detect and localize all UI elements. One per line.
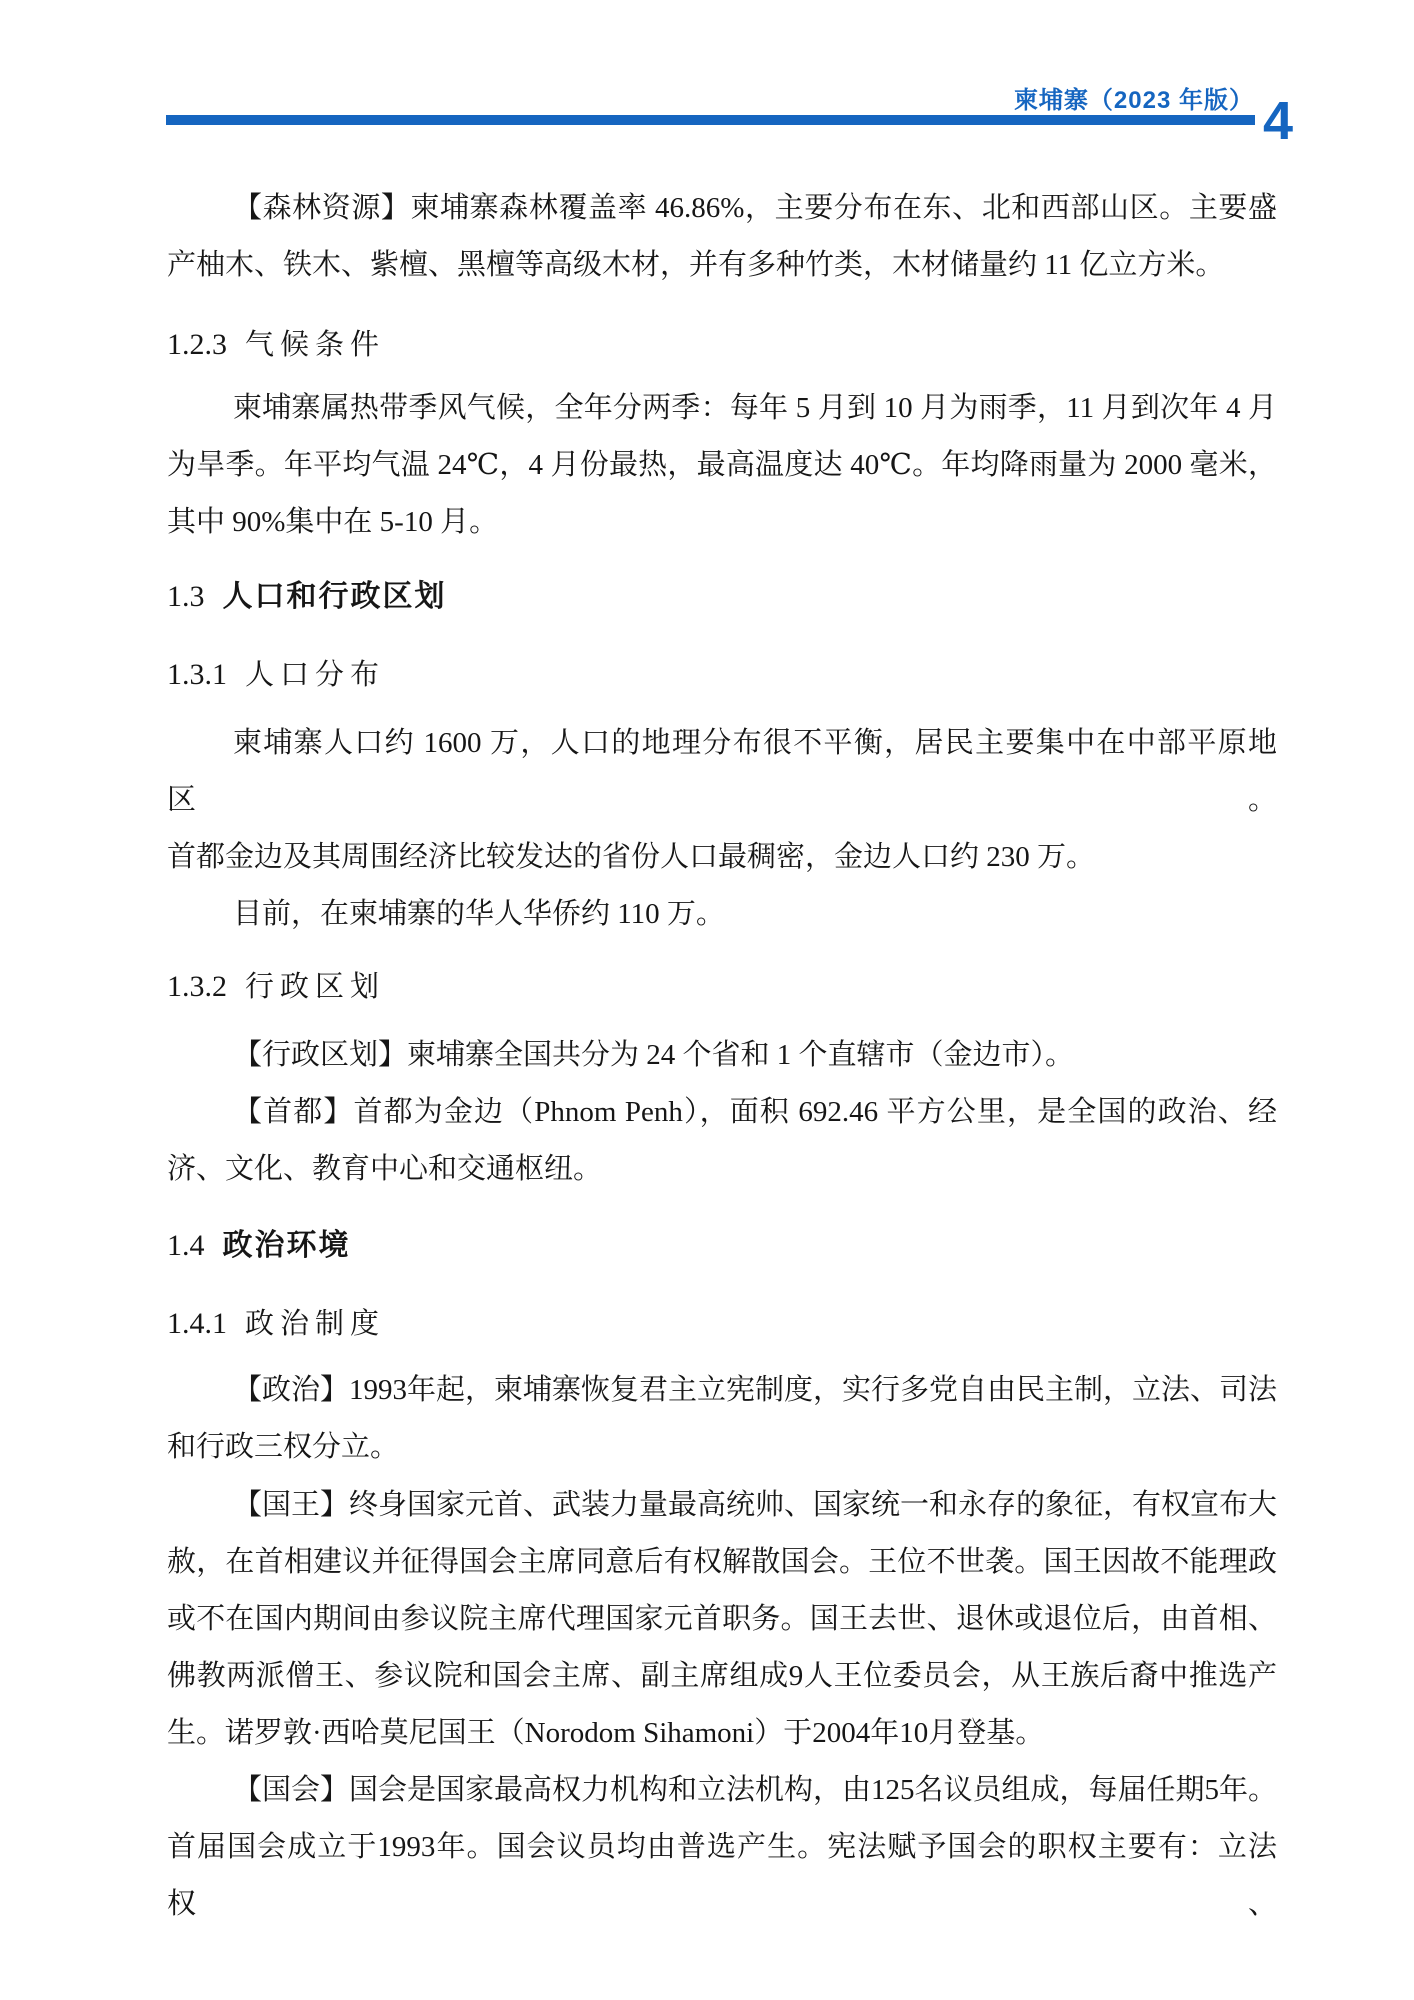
- paragraph-politics: 【政治】1993年起，柬埔寨恢复君主立宪制度，实行多党自由民主制，立法、司法 和…: [167, 1362, 1277, 1476]
- paragraph-overseas-chinese: 目前，在柬埔寨的华人华侨约 110 万。: [167, 886, 1277, 943]
- heading-text: 气候条件: [245, 329, 385, 361]
- heading-text: 政治制度: [245, 1308, 385, 1340]
- heading-text: 人口分布: [245, 659, 385, 691]
- text-line: 【首都】首都为金边（Phnom Penh），面积 692.46 平方公里，是全国…: [167, 1084, 1277, 1141]
- heading-text: 行政区划: [245, 971, 385, 1003]
- text-line: 或不在国内期间由参议院主席代理国家元首职务。国王去世、退休或退位后，由首相、: [167, 1591, 1277, 1648]
- section-heading-population-admin: 1.3人口和行政区划: [167, 568, 1277, 625]
- paragraph-national-assembly: 【国会】国会是国家最高权力机构和立法机构，由125名议员组成，每届任期5年。 首…: [167, 1762, 1277, 1933]
- paragraph-population: 柬埔寨人口约 1600 万，人口的地理分布很不平衡，居民主要集中在中部平原地区。…: [167, 715, 1277, 886]
- text-line: 佛教两派僧王、参议院和国会主席、副主席组成9人王位委员会，从王族后裔中推选产: [167, 1648, 1277, 1705]
- paragraph-king: 【国王】终身国家元首、武装力量最高统帅、国家统一和永存的象征，有权宣布大 赦，在…: [167, 1477, 1277, 1762]
- sub-heading-political-system: 1.4.1政治制度: [167, 1295, 1277, 1352]
- text-line: 目前，在柬埔寨的华人华侨约 110 万。: [167, 886, 1277, 943]
- text-line: 其中 90%集中在 5-10 月。: [167, 494, 1277, 551]
- text-line: 【政治】1993年起，柬埔寨恢复君主立宪制度，实行多党自由民主制，立法、司法: [167, 1362, 1277, 1419]
- page-number: 4: [1263, 93, 1293, 149]
- heading-text: 政治环境: [223, 1229, 351, 1262]
- document-body: 【森林资源】柬埔寨森林覆盖率 46.86%，主要分布在东、北和西部山区。主要盛 …: [167, 180, 1277, 1933]
- paragraph-climate: 柬埔寨属热带季风气候，全年分两季：每年 5 月到 10 月为雨季，11 月到次年…: [167, 380, 1277, 551]
- heading-number: 1.3.2: [167, 970, 227, 1003]
- text-line: 首届国会成立于1993年。国会议员均由普选产生。宪法赋予国会的职权主要有：立法权…: [167, 1819, 1277, 1933]
- heading-number: 1.3: [167, 580, 205, 613]
- sub-heading-admin-division: 1.3.2行政区划: [167, 958, 1277, 1015]
- heading-number: 1.2.3: [167, 328, 227, 361]
- text-line: 柬埔寨人口约 1600 万，人口的地理分布很不平衡，居民主要集中在中部平原地区。: [167, 715, 1277, 829]
- document-page: 柬埔寨（2023 年版） 4 【森林资源】柬埔寨森林覆盖率 46.86%，主要分…: [0, 0, 1414, 2000]
- text-line: 柬埔寨属热带季风气候，全年分两季：每年 5 月到 10 月为雨季，11 月到次年…: [167, 380, 1277, 437]
- text-line: 【森林资源】柬埔寨森林覆盖率 46.86%，主要分布在东、北和西部山区。主要盛: [167, 180, 1277, 237]
- header-rule: [166, 115, 1255, 125]
- text-line: 济、文化、教育中心和交通枢纽。: [167, 1141, 1277, 1198]
- heading-number: 1.4: [167, 1229, 205, 1262]
- text-line: 为旱季。年平均气温 24℃，4 月份最热，最高温度达 40℃。年均降雨量为 20…: [167, 437, 1277, 494]
- heading-number: 1.4.1: [167, 1307, 227, 1340]
- text-line: 生。诺罗敦·西哈莫尼国王（Norodom Sihamoni）于2004年10月登…: [167, 1705, 1277, 1762]
- text-line: 【行政区划】柬埔寨全国共分为 24 个省和 1 个直辖市（金边市）。: [167, 1027, 1277, 1084]
- text-line: 和行政三权分立。: [167, 1419, 1277, 1476]
- sub-heading-climate: 1.2.3气候条件: [167, 316, 1277, 373]
- text-line: 首都金边及其周围经济比较发达的省份人口最稠密，金边人口约 230 万。: [167, 829, 1277, 886]
- sub-heading-population: 1.3.1人口分布: [167, 646, 1277, 703]
- heading-text: 人口和行政区划: [223, 580, 447, 613]
- paragraph-forest-resources: 【森林资源】柬埔寨森林覆盖率 46.86%，主要分布在东、北和西部山区。主要盛 …: [167, 180, 1277, 294]
- header-title: 柬埔寨（2023 年版）: [1014, 80, 1254, 115]
- paragraph-capital: 【首都】首都为金边（Phnom Penh），面积 692.46 平方公里，是全国…: [167, 1084, 1277, 1198]
- text-line: 【国王】终身国家元首、武装力量最高统帅、国家统一和永存的象征，有权宣布大: [167, 1477, 1277, 1534]
- section-heading-political-env: 1.4政治环境: [167, 1217, 1277, 1274]
- text-line: 赦，在首相建议并征得国会主席同意后有权解散国会。王位不世袭。国王因故不能理政: [167, 1534, 1277, 1591]
- paragraph-admin-division: 【行政区划】柬埔寨全国共分为 24 个省和 1 个直辖市（金边市）。: [167, 1027, 1277, 1084]
- text-line: 产柚木、铁木、紫檀、黑檀等高级木材，并有多种竹类，木材储量约 11 亿立方米。: [167, 237, 1277, 294]
- heading-number: 1.3.1: [167, 658, 227, 691]
- text-line: 【国会】国会是国家最高权力机构和立法机构，由125名议员组成，每届任期5年。: [167, 1762, 1277, 1819]
